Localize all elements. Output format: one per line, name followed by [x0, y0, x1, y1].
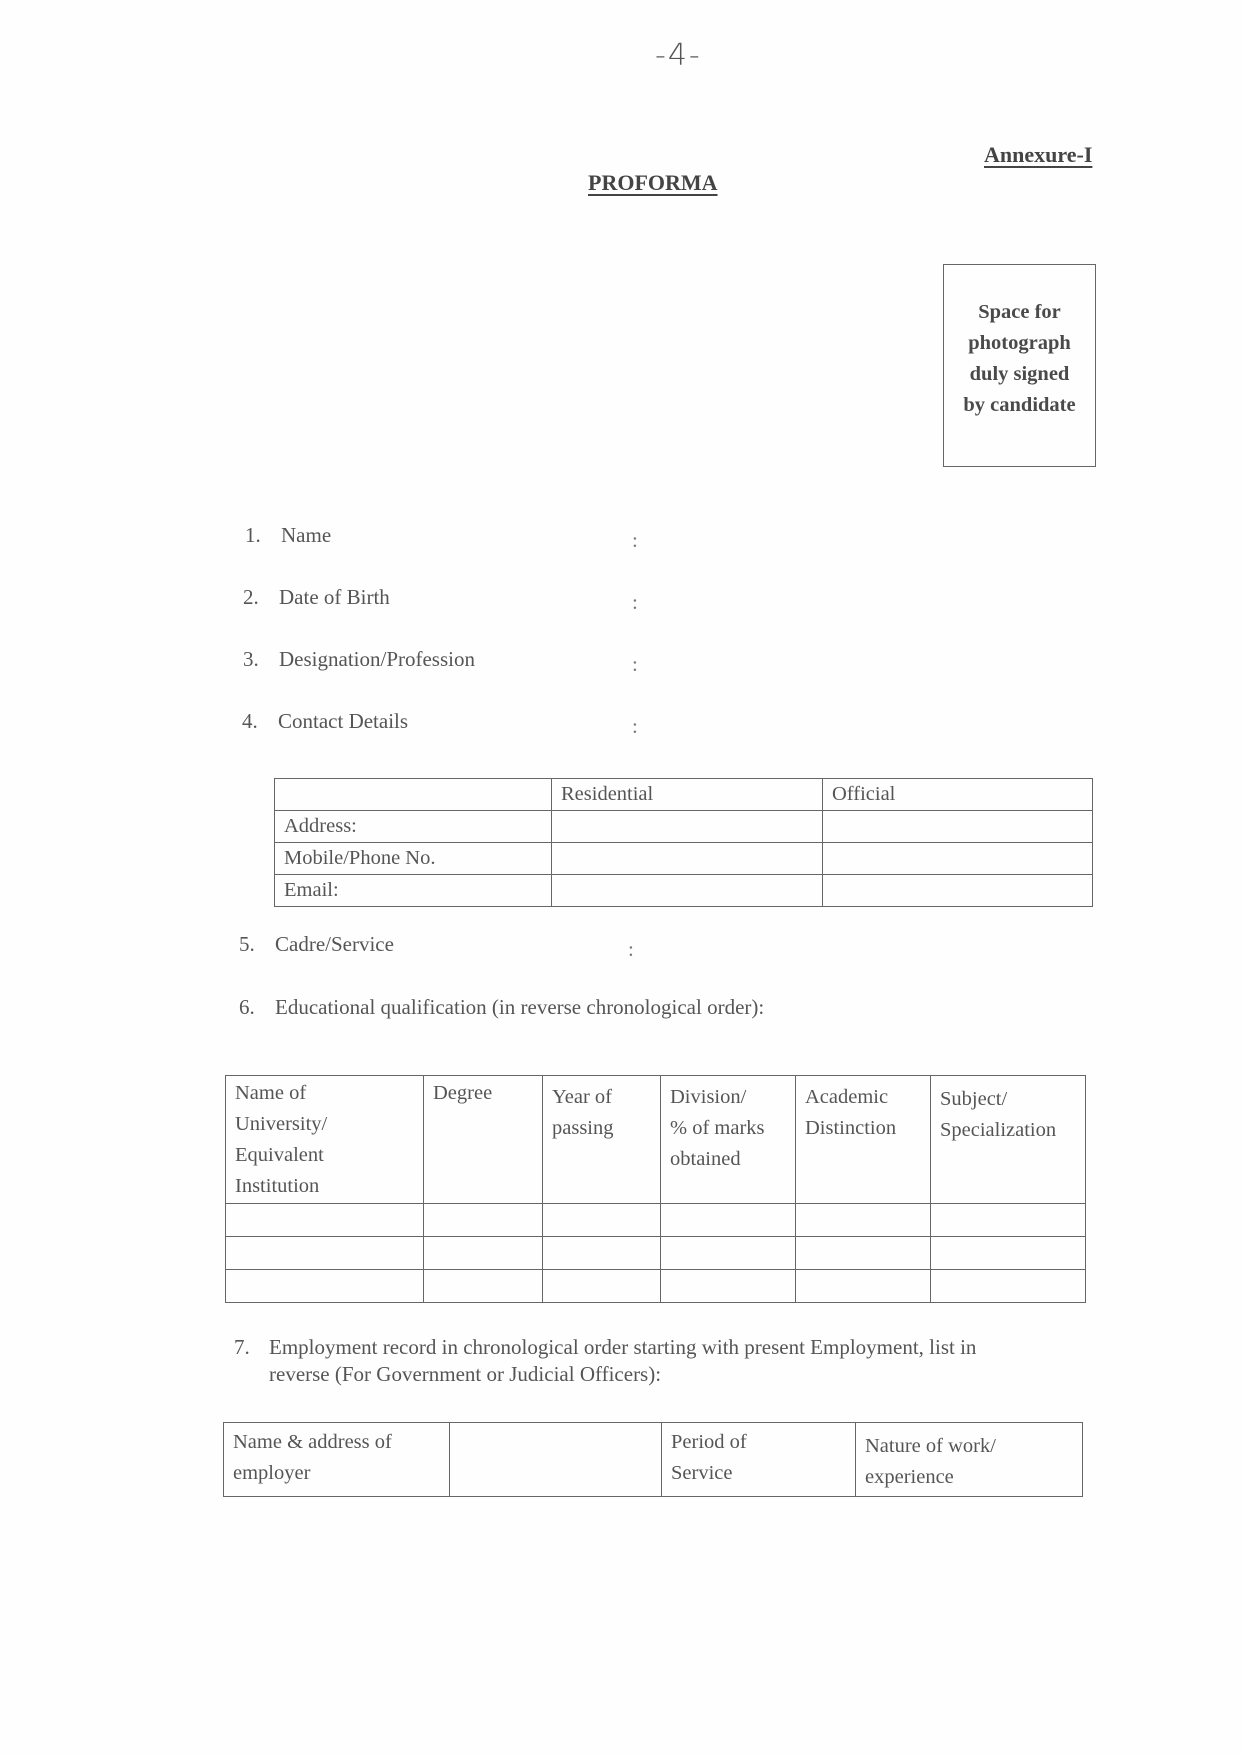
field-number: 2. [243, 585, 259, 610]
header-academic-distinction: Academic Distinction [796, 1076, 931, 1204]
table-row [226, 1270, 1086, 1303]
header-year-of-passing: Year of passing [543, 1076, 661, 1204]
cell-line: Name & address of [233, 1427, 440, 1458]
table-header-row: Name of University/ Equivalent Instituti… [226, 1076, 1086, 1204]
table-cell[interactable] [543, 1204, 661, 1237]
photograph-instructions: Space for photograph duly signed by cand… [963, 297, 1075, 421]
field-label: Date of Birth [279, 585, 390, 610]
table-row: Mobile/Phone No. [275, 843, 1093, 875]
field-contact-details-separator[interactable]: : [632, 714, 638, 739]
cell-line: Nature of work/ [865, 1431, 1073, 1462]
table-cell[interactable] [661, 1204, 796, 1237]
annexure-label: Annexure-I [984, 142, 1092, 168]
table-row [226, 1204, 1086, 1237]
field-label-line: reverse (For Government or Judicial Offi… [269, 1361, 1104, 1388]
header-degree: Degree [424, 1076, 543, 1204]
cell-line: Period of [671, 1427, 846, 1458]
row-label-phone: Mobile/Phone No. [275, 843, 552, 875]
header-line: Distinction [805, 1113, 921, 1144]
header-line: Equivalent [235, 1140, 414, 1171]
field-number: 5. [239, 932, 255, 957]
table-header-row: Residential Official [275, 779, 1093, 811]
field-label: Contact Details [278, 709, 408, 734]
cell-line: experience [865, 1462, 1073, 1493]
photo-text-line: by candidate [963, 390, 1075, 421]
header-division-marks: Division/ % of marks obtained [661, 1076, 796, 1204]
header-line: Degree [433, 1078, 533, 1109]
header-subject-specialization: Subject/ Specialization [931, 1076, 1086, 1204]
photograph-box[interactable]: Space for photograph duly signed by cand… [943, 264, 1096, 467]
header-line: Year of [552, 1082, 651, 1113]
table-cell[interactable] [226, 1237, 424, 1270]
header-line: Specialization [940, 1115, 1076, 1146]
table-row: Name & address of employer Period of Ser… [224, 1423, 1083, 1497]
table-row: Email: [275, 875, 1093, 907]
table-cell[interactable] [931, 1237, 1086, 1270]
table-cell[interactable] [796, 1270, 931, 1303]
field-label: Educational qualification (in reverse ch… [275, 995, 764, 1020]
phone-official-cell[interactable] [823, 843, 1093, 875]
table-header-cell [275, 779, 552, 811]
field-number: 6. [239, 995, 255, 1020]
header-period-of-service: Period of Service [662, 1423, 856, 1497]
page-number: -4- [655, 38, 702, 73]
header-line: University/ [235, 1109, 414, 1140]
employer-value-cell[interactable] [450, 1423, 662, 1497]
header-employer: Name & address of employer [224, 1423, 450, 1497]
field-employment-record: 7. Employment record in chronological or… [234, 1334, 1104, 1388]
header-line: % of marks [670, 1113, 786, 1144]
header-line: Division/ [670, 1082, 786, 1113]
field-label: Designation/Profession [279, 647, 475, 672]
field-designation-separator[interactable]: : [632, 652, 638, 677]
table-cell[interactable] [424, 1204, 543, 1237]
field-number: 4. [242, 709, 258, 734]
table-cell[interactable] [931, 1204, 1086, 1237]
header-line: Subject/ [940, 1084, 1076, 1115]
table-cell[interactable] [424, 1270, 543, 1303]
table-cell[interactable] [226, 1204, 424, 1237]
address-official-cell[interactable] [823, 811, 1093, 843]
table-cell[interactable] [661, 1237, 796, 1270]
table-row [226, 1237, 1086, 1270]
table-cell[interactable] [796, 1204, 931, 1237]
header-line: obtained [670, 1144, 786, 1175]
header-line: Academic [805, 1082, 921, 1113]
header-line: passing [552, 1113, 651, 1144]
contact-details-table: Residential Official Address: Mobile/Pho… [274, 778, 1093, 907]
photo-text-line: Space for [963, 297, 1075, 328]
table-cell[interactable] [931, 1270, 1086, 1303]
table-cell[interactable] [424, 1237, 543, 1270]
header-line: Name of [235, 1078, 414, 1109]
field-number: 7. [234, 1334, 250, 1361]
field-label-line: Employment record in chronological order… [269, 1334, 1104, 1361]
table-header-cell: Official [823, 779, 1093, 811]
photo-text-line: duly signed [963, 359, 1075, 390]
employment-table: Name & address of employer Period of Ser… [223, 1422, 1083, 1497]
field-name-separator[interactable]: : [632, 528, 638, 553]
address-residential-cell[interactable] [552, 811, 823, 843]
field-cadre-service-separator[interactable]: : [628, 937, 634, 962]
table-cell[interactable] [543, 1270, 661, 1303]
cell-line: Service [671, 1458, 846, 1489]
row-label-email: Email: [275, 875, 552, 907]
header-university: Name of University/ Equivalent Instituti… [226, 1076, 424, 1204]
table-cell[interactable] [543, 1237, 661, 1270]
email-residential-cell[interactable] [552, 875, 823, 907]
field-date-of-birth-separator[interactable]: : [632, 590, 638, 615]
table-header-cell: Residential [552, 779, 823, 811]
table-cell[interactable] [226, 1270, 424, 1303]
field-number: 1. [245, 523, 261, 548]
phone-residential-cell[interactable] [552, 843, 823, 875]
page-title: PROFORMA [588, 170, 718, 196]
row-label-address: Address: [275, 811, 552, 843]
table-cell[interactable] [796, 1237, 931, 1270]
education-table: Name of University/ Equivalent Instituti… [225, 1075, 1086, 1303]
table-cell[interactable] [661, 1270, 796, 1303]
header-line: Institution [235, 1171, 414, 1202]
field-label: Name [281, 523, 331, 548]
photo-text-line: photograph [963, 328, 1075, 359]
table-row: Address: [275, 811, 1093, 843]
email-official-cell[interactable] [823, 875, 1093, 907]
field-number: 3. [243, 647, 259, 672]
cell-line: employer [233, 1458, 440, 1489]
header-nature-of-work: Nature of work/ experience [856, 1423, 1083, 1497]
field-label: Cadre/Service [275, 932, 394, 957]
